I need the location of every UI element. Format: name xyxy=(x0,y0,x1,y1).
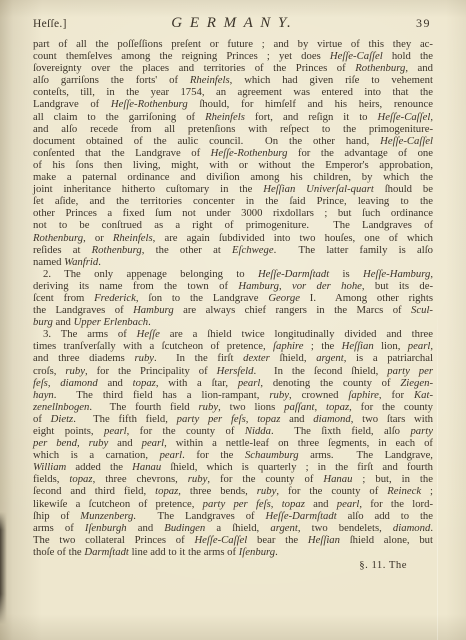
text-line: other Princes a fixed ſum not under 3000… xyxy=(33,207,433,219)
text-line: The two collateral Princes of Heſſe-Caſſ… xyxy=(33,534,433,546)
page-title: G E R M A N Y. xyxy=(113,15,351,32)
text-line: ſet aſide, and the territories concenter… xyxy=(33,195,433,207)
text-line: William added the Hanau ſhield, which is… xyxy=(33,461,433,473)
text-line: ſhip of Munzenberg. The Landgraves of He… xyxy=(33,510,433,522)
text-line: reſides at Rothenburg, the other at Eſch… xyxy=(33,244,433,256)
text-line: of his ſons then living, might, with or … xyxy=(33,159,433,171)
text-line: named Wanfrid. xyxy=(33,256,433,268)
text-line: which is a carnation, pearl. for the Sch… xyxy=(33,449,433,461)
text-line: of Dietz. The fifth field, party per feſ… xyxy=(33,413,433,425)
book-page: Heſſe.] G E R M A N Y. 39 part of all th… xyxy=(0,0,466,640)
text-line: ſecond and third field, topaz, three ben… xyxy=(33,485,433,497)
text-line: eight points, pearl, for the county of N… xyxy=(33,425,433,437)
text-line: conſented that the Landgrave of Heſſe-Ro… xyxy=(33,147,433,159)
text-line: not to be conſtrued as a right of primog… xyxy=(33,219,433,231)
running-title-left: Heſſe.] xyxy=(33,18,113,30)
text-line: ſcent from Frederick, ſon to the Landgra… xyxy=(33,292,433,304)
text-line: zenellnbogen. The fourth field ruby, two… xyxy=(33,401,433,413)
text-line: joint inheritance hitherto cuſtomary in … xyxy=(33,183,433,195)
text-line: hayn. The third field has a lion-rampant… xyxy=(33,389,433,401)
text-line: document obtained of the aulic council. … xyxy=(33,135,433,147)
text-line: thoſe of the Darmſtadt line add to it th… xyxy=(33,546,433,558)
page-number: 39 xyxy=(351,16,433,31)
text-line: burg and Upper Erlenbach. xyxy=(33,316,433,328)
text-line: arms of Iſenburgh and Budingen a ſhield,… xyxy=(33,522,433,534)
text-line: feſs, diamond and topaz, with a ſtar, pe… xyxy=(33,377,433,389)
text-line: alſo garriſons the forts' of Rheinfels, … xyxy=(33,74,433,86)
text-line: all claim to the garriſoning of Rheinfel… xyxy=(33,111,433,123)
text-line: Rothenburg, or Rheinfels, are again ſubd… xyxy=(33,232,433,244)
binding-shadow xyxy=(0,512,7,624)
catchword-row: §. 11. The xyxy=(33,559,433,571)
page-edge-highlight xyxy=(437,300,438,640)
text-block: part of all the poſſeſſions preſent or f… xyxy=(33,38,433,558)
text-line: 2. The only appenage belonging to Heſſe-… xyxy=(33,268,433,280)
text-line: count themſelves among the reigning Prin… xyxy=(33,50,433,62)
text-line: and three diadems ruby. In the firſt dex… xyxy=(33,352,433,364)
text-line: 3. The arms of Heſſe are a ſhield twice … xyxy=(33,328,433,340)
text-line: make a paternal ordinance and diviſion a… xyxy=(33,171,433,183)
text-line: the Landgraves of Hamburg are always chi… xyxy=(33,304,433,316)
text-line: Landgrave of Heſſe-Rothenburg ſhould, fo… xyxy=(33,98,433,110)
text-line: conteſts, till, in the year 1754, an agr… xyxy=(33,86,433,98)
text-line: and alſo recede from all pretenſions wit… xyxy=(33,123,433,135)
text-line: likewiſe a ſcutcheon of pretence, party … xyxy=(33,498,433,510)
text-line: times tranſverſally with a ſcutcheon of … xyxy=(33,340,433,352)
running-header: Heſſe.] G E R M A N Y. 39 xyxy=(33,15,433,32)
text-line: fields, topaz, three chevrons, ruby, for… xyxy=(33,473,433,485)
text-line: croſs, ruby, for the Principality of Her… xyxy=(33,365,433,377)
text-line: per bend, ruby and pearl, within a nettl… xyxy=(33,437,433,449)
text-line: deriving its name from the town of Hambu… xyxy=(33,280,433,292)
text-line: part of all the poſſeſſions preſent or f… xyxy=(33,38,433,50)
catchword: §. 11. The xyxy=(359,559,407,571)
text-line: ſovereignty over the places and territor… xyxy=(33,62,433,74)
